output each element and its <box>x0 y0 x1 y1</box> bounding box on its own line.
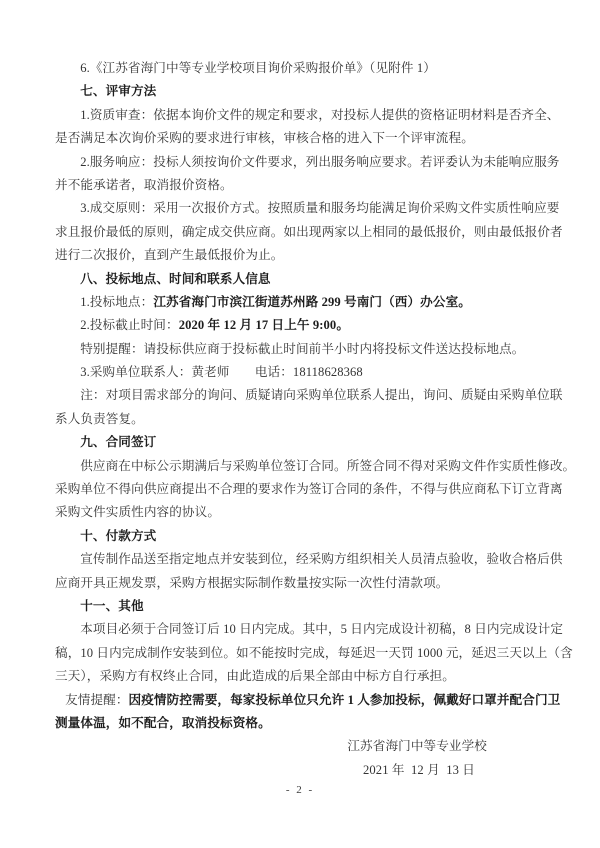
signature-date: 2021 年 12 月 13 日 <box>55 759 547 782</box>
text-segment: 3.采购单位联系人：黄老师 电话：18118628368 <box>80 365 363 379</box>
text-segment: 八、投标地点、时间和联系人信息 <box>80 272 270 286</box>
para-others-line-1: 本项目必须于合同签订后 10 日内完成。其中，5 日内完成设计初稿，8 日内完成… <box>55 618 547 641</box>
para-contract-line-1: 供应商在中标公示期满后与采购单位签订合同。所签合同不得对采购文件作实质性修改。 <box>55 455 547 478</box>
document-body: 6.《江苏省海门中等专业学校项目询价采购报价单》（见附件 1）七、评审方法1.资… <box>55 57 547 782</box>
text-segment: 十、付款方式 <box>80 529 156 543</box>
text-segment: 注：对项目需求部分的询问、质疑请向采购单位联系人提出，询问、质疑由采购单位联 <box>80 388 562 402</box>
heading-section-7-evaluation-method: 七、评审方法 <box>55 80 547 103</box>
text-segment: 应商开具正规发票，采购方根据实际制作数量按实际一次性付清款项。 <box>55 576 449 590</box>
text-segment: 三天），采购方有权终止合同，由此造成的后果全部由中标方自行承担。 <box>55 669 455 683</box>
text-segment: 采购单位不得向供应商提出不合理的要求作为签订合同的条件，不得与供应商私下订立背离 <box>55 482 563 496</box>
para-others-line-3: 三天），采购方有权终止合同，由此造成的后果全部由中标方自行承担。 <box>55 665 547 688</box>
text-segment: 本项目必须于合同签订后 10 日内完成。其中，5 日内完成设计初稿，8 日内完成… <box>80 622 563 636</box>
para-qualification-review-line-2: 是否满足本次询价采购的要求进行审核，审核合格的进入下一个评审流程。 <box>55 127 547 150</box>
text-segment: 九、合同签订 <box>80 435 156 449</box>
para-award-principle-line-3: 进行二次报价，直到产生最低报价为止。 <box>55 244 547 267</box>
text-segment: 十一、其他 <box>80 599 143 613</box>
text-segment: 系人负责答复。 <box>55 412 144 426</box>
para-special-reminder: 特别提醒：请投标供应商于投标截止时间前半小时内将投标文件送达投标地点。 <box>55 338 547 361</box>
para-service-response-line-1: 2.服务响应：投标人须按询价文件要求，列出服务响应要求。若评委认为未能响应服务 <box>55 151 547 174</box>
text-segment: 进行二次报价，直到产生最低报价为止。 <box>55 248 284 262</box>
text-segment: 是否满足本次询价采购的要求进行审核，审核合格的进入下一个评审流程。 <box>55 131 474 145</box>
text-segment: 1.资质审查：依据本询价文件的规定和要求，对投标人提供的资格证明材料是否齐全、 <box>80 108 559 122</box>
text-segment: 江苏省海门市滨江街道苏州路 299 号南门（西）办公室。 <box>153 295 471 309</box>
para-service-response-line-2: 并不能承诺者，取消报价资格。 <box>55 174 547 197</box>
text-segment: 测量体温，如不配合，取消投标资格。 <box>55 716 271 730</box>
text-segment: 2.服务响应：投标人须按询价文件要求，列出服务响应要求。若评委认为未能响应服务 <box>80 155 559 169</box>
para-others-line-2: 稿，10 日内完成制作安装到位。如不能按时完成，每延迟一天罚 1000 元，延迟… <box>55 642 547 665</box>
text-segment: 江苏省海门中等专业学校 <box>347 739 487 753</box>
text-segment: 2021 年 12 月 13 日 <box>363 763 475 777</box>
text-segment: 因疫情防控需要，每家投标单位只允许 1 人参加投标，佩戴好口罩并配合门卫 <box>129 693 561 707</box>
text-segment: 2020 年 12 月 17 日上午 9:00。 <box>179 318 349 332</box>
para-payment-line-2: 应商开具正规发票，采购方根据实际制作数量按实际一次性付清款项。 <box>55 572 547 595</box>
document-page: 6.《江苏省海门中等专业学校项目询价采购报价单》（见附件 1）七、评审方法1.资… <box>0 0 600 848</box>
para-qualification-review-line-1: 1.资质审查：依据本询价文件的规定和要求，对投标人提供的资格证明材料是否齐全、 <box>55 104 547 127</box>
para-bid-location: 1.投标地点：江苏省海门市滨江街道苏州路 299 号南门（西）办公室。 <box>55 291 547 314</box>
text-segment: 6.《江苏省海门中等专业学校项目询价采购报价单》（见附件 1） <box>80 61 436 75</box>
line-attachment-item-6: 6.《江苏省海门中等专业学校项目询价采购报价单》（见附件 1） <box>55 57 547 80</box>
text-segment: 并不能承诺者，取消报价资格。 <box>55 178 233 192</box>
text-segment: 采购文件实质性内容的协议。 <box>55 505 220 519</box>
para-contract-line-2: 采购单位不得向供应商提出不合理的要求作为签订合同的条件，不得与供应商私下订立背离 <box>55 478 547 501</box>
text-segment: 3.成交原则：采用一次报价方式。按照质量和服务均能满足询价采购文件实质性响应要 <box>80 201 559 215</box>
para-bid-deadline: 2.投标截止时间：2020 年 12 月 17 日上午 9:00。 <box>55 314 547 337</box>
text-segment: 求且报价最低的原则，确定成交供应商。如出现两家以上相同的最低报价，则由最低报价者 <box>55 225 563 239</box>
text-segment: 稿，10 日内完成制作安装到位。如不能按时完成，每延迟一天罚 1000 元，延迟… <box>55 646 573 660</box>
para-award-principle-line-2: 求且报价最低的原则，确定成交供应商。如出现两家以上相同的最低报价，则由最低报价者 <box>55 221 547 244</box>
text-segment: 友情提醒： <box>65 693 128 707</box>
text-segment: 宣传制作品送至指定地点并安装到位，经采购方组织相关人员清点验收，验收合格后供 <box>80 552 562 566</box>
para-friendly-reminder-line-1: 友情提醒：因疫情防控需要，每家投标单位只允许 1 人参加投标，佩戴好口罩并配合门… <box>55 689 547 712</box>
heading-section-11-others: 十一、其他 <box>55 595 547 618</box>
para-purchaser-contact: 3.采购单位联系人：黄老师 电话：18118628368 <box>55 361 547 384</box>
text-segment: 供应商在中标公示期满后与采购单位签订合同。所签合同不得对采购文件作实质性修改。 <box>80 459 575 473</box>
text-segment: 七、评审方法 <box>80 84 156 98</box>
para-note-line-1: 注：对项目需求部分的询问、质疑请向采购单位联系人提出，询问、质疑由采购单位联 <box>55 384 547 407</box>
para-friendly-reminder-line-2: 测量体温，如不配合，取消投标资格。 <box>55 712 547 735</box>
heading-section-9-contract-signing: 九、合同签订 <box>55 431 547 454</box>
para-contract-line-3: 采购文件实质性内容的协议。 <box>55 501 547 524</box>
heading-section-8-bid-location-time-contact: 八、投标地点、时间和联系人信息 <box>55 268 547 291</box>
text-segment: 特别提醒：请投标供应商于投标截止时间前半小时内将投标文件送达投标地点。 <box>80 342 524 356</box>
para-award-principle-line-1: 3.成交原则：采用一次报价方式。按照质量和服务均能满足询价采购文件实质性响应要 <box>55 197 547 220</box>
para-payment-line-1: 宣传制作品送至指定地点并安装到位，经采购方组织相关人员清点验收，验收合格后供 <box>55 548 547 571</box>
text-segment: 2.投标截止时间： <box>80 318 179 332</box>
para-note-line-2: 系人负责答复。 <box>55 408 547 431</box>
page-number: - 2 - <box>0 783 600 797</box>
text-segment: 1.投标地点： <box>80 295 153 309</box>
heading-section-10-payment-method: 十、付款方式 <box>55 525 547 548</box>
signature-org: 江苏省海门中等专业学校 <box>55 735 547 758</box>
